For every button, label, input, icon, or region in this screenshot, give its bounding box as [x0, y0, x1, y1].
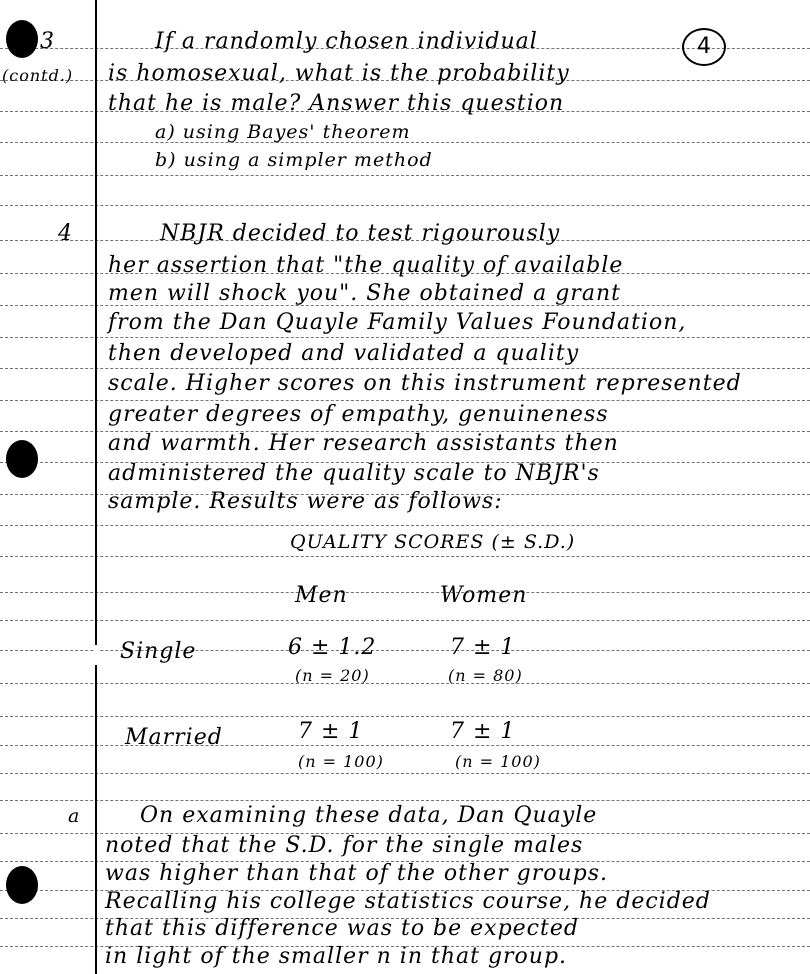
- ruled-line: [0, 800, 810, 801]
- q4-line: men will shock you". She obtained a gran…: [108, 280, 621, 308]
- part-a-line: was higher than that of the other groups…: [105, 860, 608, 888]
- single-women-score: 7 ± 1: [450, 634, 515, 662]
- part-a-line: On examining these data, Dan Quayle: [140, 802, 597, 830]
- q3-line-1: If a randomly chosen individual: [155, 28, 538, 56]
- q3-line-3: that he is male? Answer this question: [108, 90, 564, 118]
- continued-label: (contd.): [2, 62, 73, 90]
- single-men-score: 6 ± 1.2: [288, 634, 376, 662]
- ruled-line: [0, 592, 810, 593]
- q3-part-b: b) using a simpler method: [155, 146, 433, 174]
- married-women-score: 7 ± 1: [450, 718, 515, 746]
- ruled-line: [0, 175, 810, 176]
- part-a-line: that this difference was to be expected: [105, 915, 579, 943]
- table-title: QUALITY SCORES (± S.D.): [290, 528, 575, 556]
- ruled-line: [0, 620, 810, 621]
- single-men-n: (n = 20): [295, 662, 370, 690]
- column-header-women: Women: [440, 582, 527, 610]
- part-a-label: a: [68, 802, 80, 830]
- margin-gap: [94, 645, 98, 665]
- q4-line: administered the quality scale to NBJR's: [108, 460, 600, 488]
- ruled-line: [0, 745, 810, 746]
- punch-hole: [6, 440, 38, 478]
- margin-line: [95, 0, 97, 974]
- row-label-married: Married: [125, 724, 223, 752]
- question-4-number: 4: [58, 220, 73, 248]
- ruled-line: [0, 368, 810, 369]
- part-a-line: noted that the S.D. for the single males: [105, 832, 583, 860]
- q4-line: scale. Higher scores on this instrument …: [108, 370, 742, 398]
- row-label-single: Single: [120, 638, 196, 666]
- q4-line: her assertion that "the quality of avail…: [108, 252, 623, 280]
- ruled-line: [0, 337, 810, 338]
- punch-hole: [6, 866, 38, 904]
- punch-hole: [6, 20, 38, 58]
- ruled-line: [0, 556, 810, 557]
- ruled-line: [0, 525, 810, 526]
- married-women-n: (n = 100): [455, 748, 541, 776]
- ruled-line: [0, 716, 810, 717]
- column-header-men: Men: [295, 582, 348, 610]
- q4-line: then developed and validated a quality: [108, 340, 579, 368]
- married-men-score: 7 ± 1: [298, 718, 363, 746]
- ruled-line: [0, 683, 810, 684]
- points-circle: 4: [682, 28, 726, 66]
- q4-line: NBJR decided to test rigourously: [160, 220, 560, 248]
- q4-line: and warmth. Her research assistants then: [108, 430, 619, 458]
- question-3-number: 3: [40, 28, 55, 56]
- part-a-line: Recalling his college statistics course,…: [105, 888, 711, 916]
- q4-line: from the Dan Quayle Family Values Founda…: [108, 309, 686, 337]
- single-women-n: (n = 80): [448, 662, 523, 690]
- married-men-n: (n = 100): [298, 748, 384, 776]
- ruled-line: [0, 205, 810, 206]
- ruled-line: [0, 773, 810, 774]
- q4-line: sample. Results were as follows:: [108, 488, 503, 516]
- part-a-line: in light of the smaller n in that group.: [105, 943, 567, 971]
- notebook-page: 3 (contd.) 4 If a randomly chosen indivi…: [0, 0, 810, 974]
- q4-line: greater degrees of empathy, genuineness: [108, 401, 609, 429]
- q3-part-a: a) using Bayes' theorem: [155, 118, 410, 146]
- q3-line-2: is homosexual, what is the probability: [108, 60, 570, 88]
